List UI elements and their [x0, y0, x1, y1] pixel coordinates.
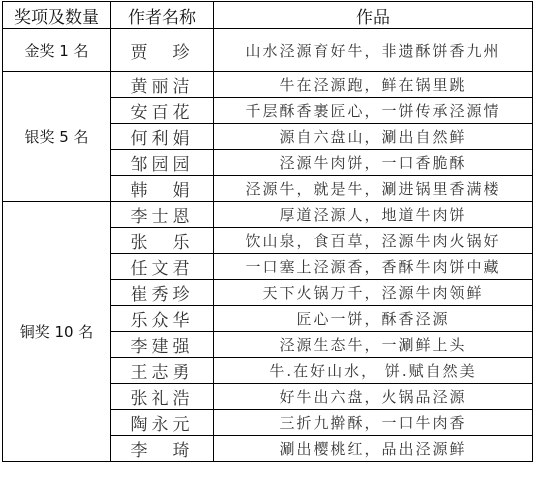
- header-row: 奖项及数量 作者名称 作品: [3, 2, 533, 29]
- work-cell: 天下火锅万千，泾源牛肉领鲜: [214, 280, 533, 306]
- author-cell: 李士恩: [111, 202, 214, 228]
- work-cell: 牛.在好山水， 饼.赋自然美: [214, 358, 533, 384]
- work-cell: 源自六盘山，涮出自然鲜: [214, 124, 533, 150]
- work-cell: 山水泾源育好牛，非遗酥饼香九州: [214, 29, 533, 72]
- author-cell: 韩 娟: [111, 176, 214, 202]
- header-award: 奖项及数量: [3, 2, 111, 29]
- author-cell: 乐众华: [111, 306, 214, 332]
- author-cell: 李建强: [111, 332, 214, 358]
- work-cell: 泾源生态牛，一涮鲜上头: [214, 332, 533, 358]
- award-gold: 金奖 1 名: [3, 29, 111, 72]
- header-work: 作品: [214, 2, 533, 29]
- author-cell: 李 琦: [111, 436, 214, 462]
- header-author: 作者名称: [111, 2, 214, 29]
- work-cell: 千层酥香裹匠心，一饼传承泾源情: [214, 98, 533, 124]
- award-bronze: 铜奖 10 名: [3, 202, 111, 462]
- award-silver: 银奖 5 名: [3, 72, 111, 202]
- work-cell: 匠心一饼，酥香泾源: [214, 306, 533, 332]
- work-cell: 泾源牛，就是牛，涮进锅里香满楼: [214, 176, 533, 202]
- author-cell: 王志勇: [111, 358, 214, 384]
- work-cell: 泾源牛肉饼，一口香脆酥: [214, 150, 533, 176]
- work-cell: 牛在泾源跑，鲜在锅里跳: [214, 72, 533, 98]
- work-cell: 厚道泾源人，地道牛肉饼: [214, 202, 533, 228]
- author-cell: 张礼浩: [111, 384, 214, 410]
- work-cell: 涮出樱桃红，品出泾源鲜: [214, 436, 533, 462]
- author-cell: 何利娟: [111, 124, 214, 150]
- table-row: 铜奖 10 名 李士恩 厚道泾源人，地道牛肉饼: [3, 202, 533, 228]
- author-cell: 陶永元: [111, 410, 214, 436]
- table-row: 银奖 5 名 黄丽洁 牛在泾源跑，鲜在锅里跳: [3, 72, 533, 98]
- work-cell: 一口塞上泾源香，香酥牛肉饼中藏: [214, 254, 533, 280]
- author-cell: 崔秀珍: [111, 280, 214, 306]
- work-cell: 饮山泉，食百草，泾源牛肉火锅好: [214, 228, 533, 254]
- author-cell: 张 乐: [111, 228, 214, 254]
- author-cell: 任文君: [111, 254, 214, 280]
- work-cell: 好牛出六盘，火锅品泾源: [214, 384, 533, 410]
- work-cell: 三折九擀酥，一口牛肉香: [214, 410, 533, 436]
- author-cell: 贾 珍: [111, 29, 214, 72]
- author-cell: 邹园园: [111, 150, 214, 176]
- author-cell: 黄丽洁: [111, 72, 214, 98]
- awards-table: 奖项及数量 作者名称 作品 金奖 1 名 贾 珍 山水泾源育好牛，非遗酥饼香九州…: [2, 1, 533, 462]
- table-row: 金奖 1 名 贾 珍 山水泾源育好牛，非遗酥饼香九州: [3, 29, 533, 72]
- author-cell: 安百花: [111, 98, 214, 124]
